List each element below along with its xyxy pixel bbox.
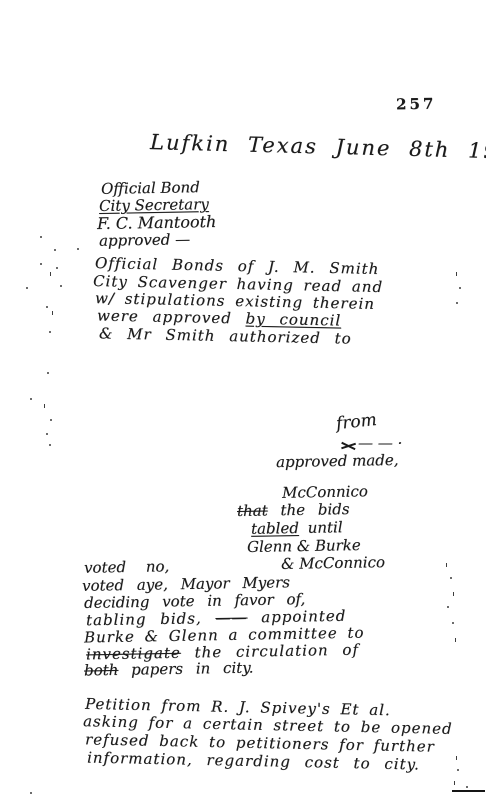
ink-speck [452,622,454,624]
handwritten-line: both papers in city. [84,661,254,679]
ink-speck [447,606,449,608]
ink-speck [456,756,457,760]
ink-speck [459,287,461,289]
handwritten-dashes: — — · [358,436,402,451]
page-number: 257 [396,97,437,113]
ink-speck [54,249,56,251]
ink-speck [450,577,452,579]
scanned-minutes-page: 257 Lufkin Texas June 8th 1907 Official … [0,0,486,800]
handwritten-line: Glenn & Burke [247,538,361,555]
handwritten-line: tabled until [251,520,343,537]
ink-speck [44,404,45,408]
underlined-text: tabled [251,519,299,538]
handwritten-line: & Mr Smith authorized to [99,326,352,346]
ink-speck [456,272,457,276]
ink-speck [453,592,454,596]
handwritten-line: McConnico [282,484,368,500]
ink-speck [49,331,51,333]
ink-speck [52,311,53,315]
handwritten-note: approved made, [276,453,399,470]
ink-speck [46,433,48,435]
handwritten-text: papers in city. [118,659,253,679]
handwritten-line: F. C. Mantooth [97,214,217,232]
ink-speck [40,236,42,238]
ink-speck [50,272,51,276]
ink-speck [50,419,52,421]
handwritten-text: until [299,518,343,537]
ink-speck [60,285,62,287]
struck-text: —— [215,608,247,627]
underlined-text: by council [245,310,341,330]
handwritten-line: information, regarding cost to city. [87,751,420,773]
ink-speck [455,638,456,642]
handwritten-line: & McConnico [281,555,385,572]
ink-speck [56,267,58,269]
ink-speck [466,786,468,788]
strike-mark [341,440,356,451]
handwritten-line: Official Bond [101,180,200,197]
handwritten-text: the bids [268,500,350,519]
dateline: Lufkin Texas June 8th 1907 [150,132,486,163]
ink-speck [456,302,458,304]
scan-artifact-line [452,790,485,792]
ink-speck [47,372,49,374]
ink-speck [30,398,32,400]
ink-speck [457,769,459,771]
struck-text: that [237,501,268,520]
ink-speck [46,306,48,308]
handwritten-line: that the bids [237,502,350,519]
ink-speck [454,781,455,785]
ink-speck [446,563,447,567]
ink-speck [40,263,42,265]
ink-speck [30,792,32,794]
ink-speck [77,248,79,250]
handwritten-note: from [335,412,377,433]
ink-speck [49,444,51,446]
handwritten-line: approved — [99,232,190,249]
handwritten-line: voted no, [84,559,169,575]
ink-speck [26,287,28,289]
struck-text: both [84,661,119,680]
